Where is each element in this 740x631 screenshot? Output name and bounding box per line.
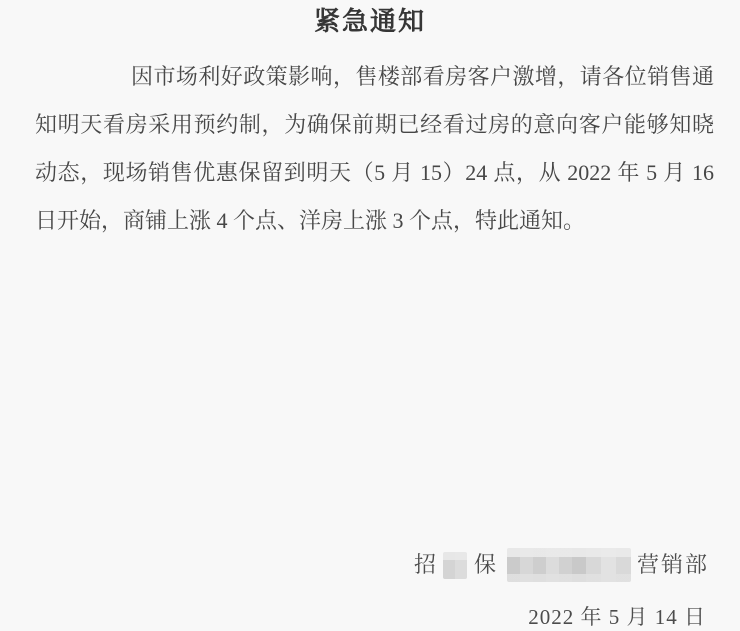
signature-line: 招 保 营销部 [414,548,709,582]
notice-date: 2022 年 5 月 14 日 [528,603,706,631]
notice-body-line-4: 日开始，商铺上涨 4 个点、洋房上涨 3 个点，特此通知。 [35,197,714,245]
signature-text-part1: 招 [414,549,438,581]
redaction-mosaic-small [443,552,467,579]
notice-title: 紧急通知 [0,5,740,39]
notice-body-line-3: 动态，现场销售优惠保留到明天（5 月 15）24 点，从 2022 年 5 月 … [35,149,714,197]
signature-text-part3: 营销部 [637,549,709,581]
notice-body-line-1: 因市场利好政策影响，售楼部看房客户激增，请各位销售通 [35,53,714,101]
signature-text-part2: 保 [474,549,498,581]
notice-body: 因市场利好政策影响，售楼部看房客户激增，请各位销售通 知明天看房采用预约制，为确… [35,53,714,245]
notice-document: 紧急通知 因市场利好政策影响，售楼部看房客户激增，请各位销售通 知明天看房采用预… [0,5,740,631]
notice-body-line-2: 知明天看房采用预约制，为确保前期已经看过房的意向客户能够知晓 [35,101,714,149]
redaction-mosaic-large [507,548,631,582]
